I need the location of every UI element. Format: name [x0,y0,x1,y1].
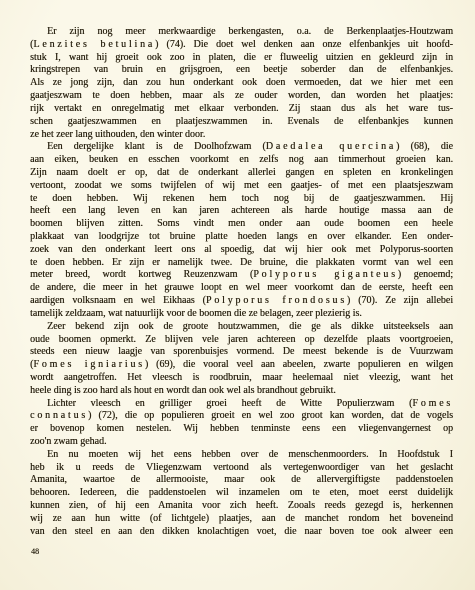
text-line: plakkaat van loodgrijze tot bruine platt… [30,231,453,244]
text-line: schen gaatjeszwammen en plaatjeszwammen … [30,116,453,129]
text-line: Lichter vleesch en grilliger groei heeft… [30,398,453,411]
text-segment: aardigen volksnaam en wel Eikhaas ( [30,295,206,306]
text-line: de andere, die meer in het grauwe loopt … [30,282,453,295]
text-line: kringstrepen van bruin en grijsgroen, ee… [30,64,453,77]
text-line: gaatjeszwam te doen hebben, maar als ze … [30,90,453,103]
page-text: Er zijn nog meer merkwaardige berkengast… [30,26,453,539]
text-line: oude boomen opmerkt. Ze blijven vele jar… [30,334,453,347]
text-segment: plakkaat van loodgrijze tot bruine platt… [30,231,453,242]
text-segment: Een dergelijke klant is de Doolhofzwam ( [47,141,266,152]
text-line: Er zijn nog meer merkwaardige berkengast… [30,26,453,39]
text-line: te doen hebben. Er zijn er namelijk twee… [30,257,453,270]
text-segment: Zeer bekend zijn ook de groote houtzwamm… [47,321,453,332]
text-line: heb ik u reeds de Vliegenzwam vertoond a… [30,462,453,475]
text-segment: ) (70). Ze zijn allebei [347,295,453,306]
text-segment: Amanita, waartoe de allermooiste, maar o… [30,474,453,485]
text-line: wij ze aan hun witte (of lichtgele) plaa… [30,513,453,526]
text-segment: te doen hebben. Wij rekenen hem toch nog… [30,193,453,204]
text-segment: Zijn naam doelt er op, dat de onderkant … [30,167,453,178]
text-segment: gaatjeszwam te doen hebben, maar als ze … [30,90,453,101]
text-line: behooren. Iedereen, die paddenstoelen wi… [30,487,453,500]
latin-species-name: Lenzites betulina [33,39,155,50]
text-line: aan eiken, beuken en esschen voorkomt en… [30,154,453,167]
paragraph: Zeer bekend zijn ook de groote houtzwamm… [30,321,453,398]
text-segment: stuk I, want hij groeit ook zoo in plate… [30,52,453,63]
latin-species-name: Polyporus frondosus [206,295,347,306]
text-line: er bovenop komen nestelen. Wij hebben te… [30,423,453,436]
latin-species-name: Daedalea quercina [266,141,396,152]
text-segment: wordt aangetroffen. Het vleesch is roodb… [30,372,453,383]
text-segment: oude boomen opmerkt. Ze blijven vele jar… [30,334,453,345]
text-line: En nu moeten wij het eens hebben over de… [30,449,453,462]
text-segment: kringstrepen van bruin en grijsgroen, ee… [30,64,453,75]
text-line: Een dergelijke klant is de Doolhofzwam (… [30,141,453,154]
text-segment: heb ik u reeds de Vliegenzwam vertoond a… [30,462,453,473]
text-segment: Er zijn nog meer merkwaardige berkengast… [47,26,453,37]
text-line: Amanita, waartoe de allermooiste, maar o… [30,474,453,487]
text-segment: Lichter vleesch en grilliger groei heeft… [47,398,412,409]
text-segment: boomen blijven zitten. Soms vindt men on… [30,218,453,229]
text-segment: ) (74). Die doet wel denken aan onze elf… [155,39,453,50]
text-line: rijk vertakt en onregelmatig met elkaar … [30,103,453,116]
text-segment: heeft een lang leven en kan jaren achter… [30,205,453,216]
text-line: connatus) (72), die op populieren groeit… [30,410,453,423]
latin-species-name: Polyporus giganteus [253,269,398,280]
latin-species-name: Fomes igniarius [33,359,145,370]
text-segment: meter breed, wordt kortweg Reuzenzwam ( [30,269,253,280]
text-line: steeds een nieuw laagje van sporenbuisje… [30,346,453,359]
text-line: aardigen volksnaam en wel Eikhaas (Polyp… [30,295,453,308]
text-line: zoek van den onderkant leert ons al spoe… [30,244,453,257]
text-line: zoo'n zwam gehad. [30,436,453,449]
text-segment: schen gaatjeszwammen en plaatjeszwammen … [30,116,453,127]
text-line: stuk I, want hij groeit ook zoo in plate… [30,52,453,65]
text-segment: te doen hebben. Er zijn er namelijk twee… [30,257,453,268]
text-segment: Als ze jong zijn, dan zou hun onderkant … [30,77,453,88]
text-segment: tamelijk zeldzaam, wat natuurlijk voor d… [30,308,362,319]
text-line: van den steel en aan den dikken knolacht… [30,526,453,539]
text-segment: de andere, die meer in het grauwe loopt … [30,282,453,293]
text-line: wordt aangetroffen. Het vleesch is roodb… [30,372,453,385]
text-segment: ) (72), die op populieren groeit en wel … [88,410,453,421]
text-segment: heele ding is zoo hard als hout en wordt… [30,385,336,396]
book-page: Er zijn nog meer merkwaardige berkengast… [0,0,475,590]
text-segment: rijk vertakt en onregelmatig met elkaar … [30,103,453,114]
text-line: kunnen zien, of hij een Amanita voor zic… [30,500,453,513]
page-number: 48 [31,547,39,556]
text-segment: zoo'n zwam gehad. [30,436,107,447]
text-line: heele ding is zoo hard als hout en wordt… [30,385,453,398]
text-segment: ze het zeer lang uithouden, den winter d… [30,129,205,140]
text-segment: vertoont, zoodat we soms twijfelen of wi… [30,180,453,191]
text-segment: er bovenop komen nestelen. Wij hebben te… [30,423,453,434]
text-segment: wij ze aan hun witte (of lichtgele) plaa… [30,513,453,524]
paragraph: Lichter vleesch en grilliger groei heeft… [30,398,453,449]
text-line: tamelijk zeldzaam, wat natuurlijk voor d… [30,308,453,321]
text-line: boomen blijven zitten. Soms vindt men on… [30,218,453,231]
paragraph: En nu moeten wij het eens hebben over de… [30,449,453,539]
text-segment: ) (68), die [396,141,453,152]
text-line: vertoont, zoodat we soms twijfelen of wi… [30,180,453,193]
text-segment: kunnen zien, of hij een Amanita voor zic… [30,500,453,511]
text-segment: steeds een nieuw laagje van sporenbuisje… [30,346,453,357]
text-segment: behooren. Iedereen, die paddenstoelen wi… [30,487,453,498]
text-segment: aan eiken, beuken en esschen voorkomt en… [30,154,453,165]
text-line: Zijn naam doelt er op, dat de onderkant … [30,167,453,180]
text-segment: van den steel en aan den dikken knolacht… [30,526,453,537]
text-line: ze het zeer lang uithouden, den winter d… [30,129,453,142]
paragraph: Er zijn nog meer merkwaardige berkengast… [30,26,453,141]
text-line: Als ze jong zijn, dan zou hun onderkant … [30,77,453,90]
text-line: (Fomes igniarius) (69), die vooral veel … [30,359,453,372]
text-segment: ) genoemd; [398,269,453,280]
text-segment: ) (69), die vooral veel aan abeelen, zwa… [145,359,453,370]
text-line: Zeer bekend zijn ook de groote houtzwamm… [30,321,453,334]
paragraph: Een dergelijke klant is de Doolhofzwam (… [30,141,453,320]
latin-species-name: Fomes [412,398,453,409]
text-line: (Lenzites betulina) (74). Die doet wel d… [30,39,453,52]
text-line: heeft een lang leven en kan jaren achter… [30,205,453,218]
text-segment: En nu moeten wij het eens hebben over de… [47,449,453,460]
text-line: meter breed, wordt kortweg Reuzenzwam (P… [30,269,453,282]
text-line: te doen hebben. Wij rekenen hem toch nog… [30,193,453,206]
latin-species-name: connatus [30,410,88,421]
text-segment: zoek van den onderkant leert ons al spoe… [30,244,453,255]
